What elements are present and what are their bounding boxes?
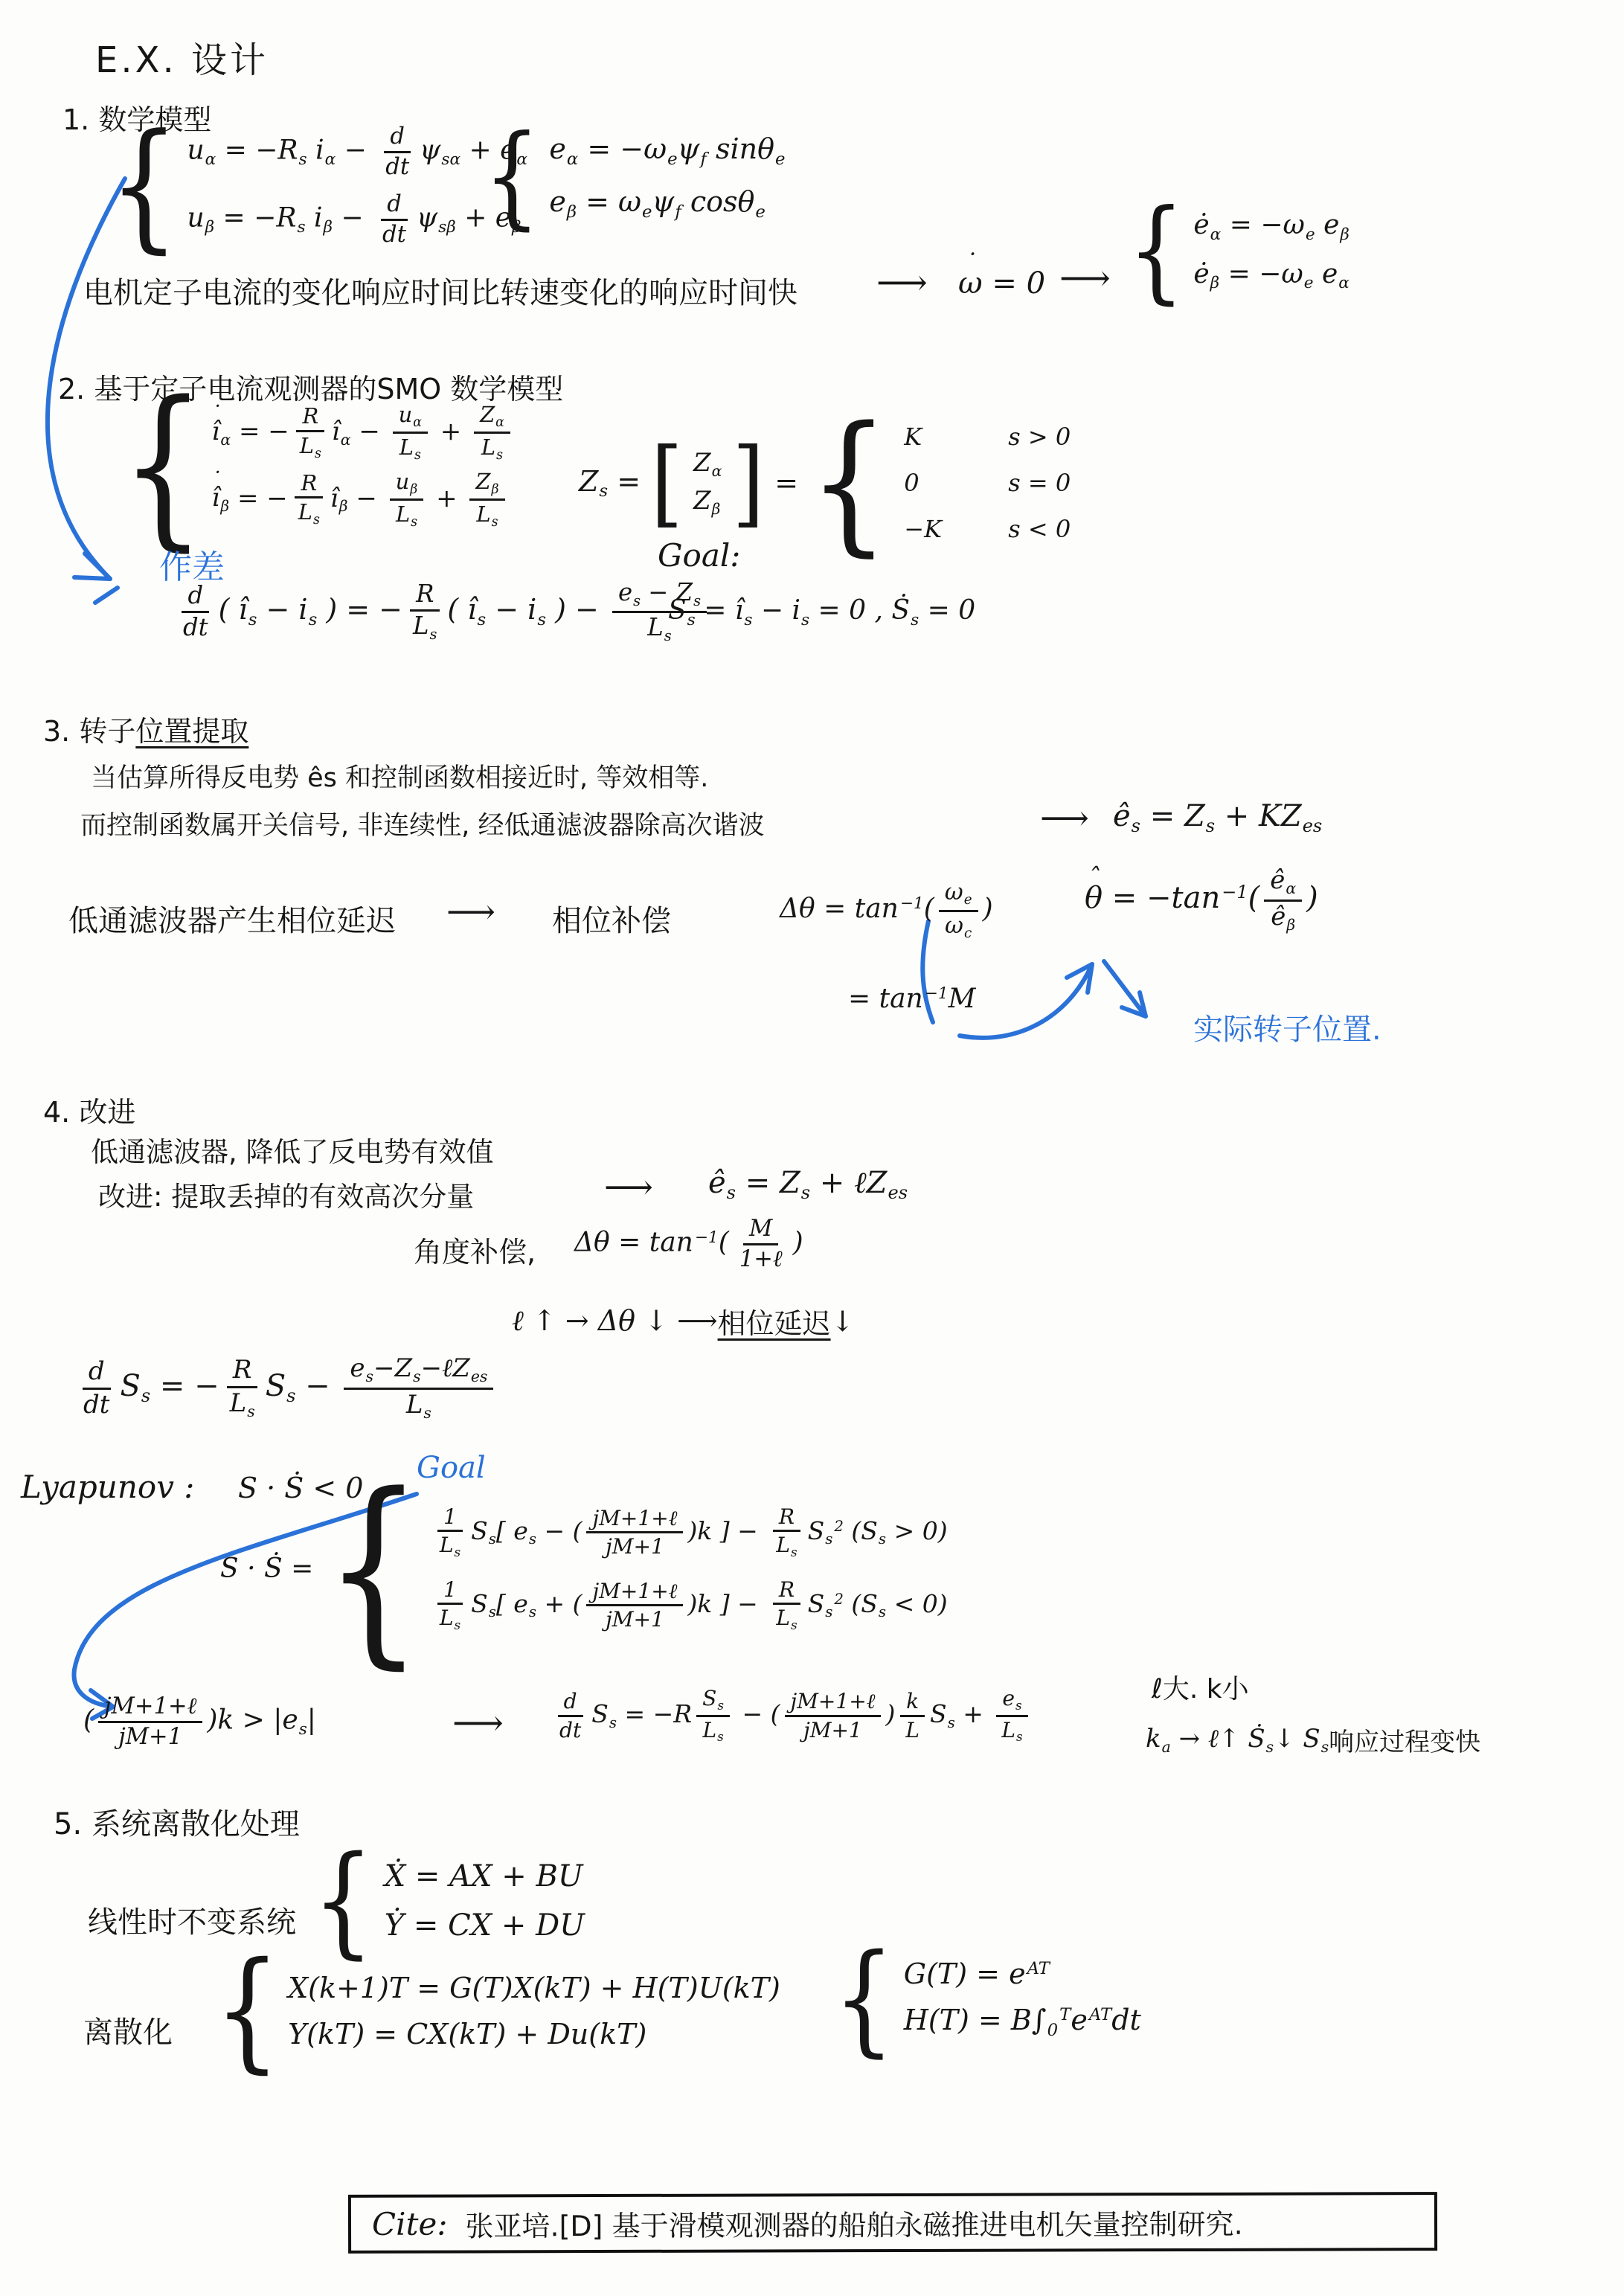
theta-hat-equation: ˆθ = −tan−1(êαêβ)	[1085, 868, 1318, 933]
right-bracket: ]	[732, 440, 764, 525]
citation-box: Cite: 张亚培.[D] 基于滑模观测器的船舶永磁推进电机矢量控制研究.	[348, 2192, 1437, 2254]
zs-lhs: Zs =	[579, 465, 641, 501]
trend-line: ℓ ↑ → Δθ ↓ ⟶ 相位延迟 ↓	[512, 1301, 854, 1341]
arrow-right: ⟶	[876, 262, 928, 304]
section-4-heading: 4. 改进	[43, 1089, 135, 1130]
section-3-heading: 3. 转子 位置提取	[43, 708, 248, 749]
equation-u-beta: uβ = −Rs iβ − ddtψsβ + eβ	[187, 193, 527, 247]
switch-function-equation: Zs = [ Zα Zβ ] = { K s > 0 0 s = 0 −K s …	[579, 414, 1071, 552]
equation-edot-alpha: ėα = −ωe eβ	[1193, 210, 1349, 244]
arrow-right: ⟶	[1040, 798, 1089, 838]
case-row: 0 s = 0	[904, 469, 1071, 497]
gain-note-2: ka → ℓ↑ Ṡs↓ Ss 响应过程变快	[1146, 1722, 1480, 1758]
angle-compensation-equation: Δθ = tan−1(M1+ℓ)	[574, 1217, 803, 1272]
arrowhead-rotor-note	[1122, 993, 1146, 1016]
voltage-equation-system: { uα = −Rs iα − ddtψsα + eα uβ = −Rs iβ …	[109, 125, 527, 247]
estimated-emf-equation: ês = Zs + KZes	[1113, 799, 1322, 836]
left-brace: {	[809, 414, 889, 551]
matrix-z-beta: Zβ	[693, 486, 722, 518]
case-condition: s > 0	[1008, 423, 1071, 451]
heading-text: 3. 转子	[43, 708, 135, 749]
lti-equation-system: { Ẋ = AX + BU Ẏ = CX + DU	[312, 1857, 585, 1944]
section-5-heading: 5. 系统离散化处理	[54, 1800, 300, 1843]
discrete-state-equation: X(k+1)T = G(T)X(kT) + H(T)U(kT)	[288, 1972, 780, 2004]
sliding-surface-goal-equation: Ss = îs − is = 0 , Ṡs = 0	[668, 595, 975, 629]
section-4-line1: 低通滤波器, 降低了反电势有效值	[91, 1129, 494, 1170]
phase-compensation-text: 相位补偿	[552, 897, 671, 940]
gain-inequality: (jM+1+ℓjM+1)k > |es|	[83, 1695, 316, 1749]
gain-note-equation: ka → ℓ↑ Ṡs↓ Ss	[1146, 1724, 1329, 1756]
heading-text-underlined: 位置提取	[135, 708, 248, 749]
equation-smo-beta: ˙îβ = −RLsîβ − uβLs + ZβLs	[212, 470, 515, 530]
gain-note-text: 响应过程变快	[1329, 1722, 1480, 1758]
lyapunov-label: Lyapunov :	[21, 1469, 194, 1505]
left-brace: {	[214, 1952, 280, 2070]
result-dynamics-equation: ddtSs = −RSsLs − (jM+1+ℓjM+1)kLSs + esLs	[549, 1687, 1033, 1744]
curve-arrow-to-theta	[960, 964, 1092, 1038]
left-brace: {	[833, 1944, 895, 2053]
goal-annotation: Goal	[417, 1451, 486, 1485]
cite-label: Cite:	[372, 2206, 448, 2242]
equation-u-alpha: uα = −Rs iα − ddtψsα + eα	[187, 125, 527, 179]
discrete-output-equation: Y(kT) = CX(kT) + Du(kT)	[288, 2018, 780, 2050]
discretization-label: 离散化	[83, 2009, 173, 2051]
sliding-surface-dynamics-equation: ddtSs = −RLsSs − es−Zs−ℓZesLs	[73, 1356, 498, 1421]
stroke-to-rotor-note	[1104, 961, 1146, 1016]
equation-e-alpha: eα = −ωeψf sinθe	[549, 132, 785, 169]
assumption-sentence: 电机定子电流的变化响应时间比转速变化的响应时间快	[83, 269, 797, 312]
handwritten-notes-page: E.X. 设计 1. 数学模型 { uα = −Rs iα − ddtψsα +…	[0, 0, 1624, 2296]
gh-equation-system: { G(T) = eAT H(T) = B∫0TeATdt	[833, 1955, 1141, 2042]
case-condition: s < 0	[1008, 515, 1071, 543]
equation-edot-beta: ėβ = −ωe eα	[1193, 259, 1349, 293]
backemf-equation-system: { eα = −ωeψf sinθe eβ = ωeψf cosθe	[484, 132, 785, 222]
arrowhead-theta	[1067, 964, 1092, 993]
arrow-right: ⟶	[446, 891, 495, 931]
actual-rotor-position-note: 实际转子位置.	[1193, 1006, 1381, 1048]
lyapunov-cases-system: S · Ṡ = { 1LsSs[ es − (jM+1+ℓjM+1)k ] − …	[220, 1498, 948, 1639]
case-ss-positive: 1LsSs[ es − (jM+1+ℓjM+1)k ] − RLsSs2 (Ss…	[429, 1506, 948, 1559]
cite-text: 张亚培.[D] 基于滑模观测器的船舶永磁推进电机矢量控制研究.	[465, 2202, 1242, 2245]
left-brace: {	[484, 126, 540, 227]
down-arrow: ↓	[831, 1305, 855, 1338]
lpf-delay-text: 低通滤波器产生相位延迟	[68, 897, 396, 940]
section-4-line2: 改进: 提取丢掉的有效高次分量	[98, 1174, 474, 1214]
smo-equation-system: { ˙îα = −RLsîα − uαLs + ZαLs ˙îβ = −RLsî…	[121, 403, 515, 529]
error-dynamics-equation: ddt( îs − is ) = −RLs( îs − is ) − es − …	[173, 580, 711, 644]
left-brace: {	[324, 1478, 423, 1661]
matrix-z-alpha: Zα	[693, 448, 722, 480]
equation-e-beta: eβ = ωeψf cosθe	[549, 185, 785, 222]
left-bracket: [	[651, 440, 683, 525]
case-row: K s > 0	[904, 423, 1071, 451]
angle-compensation-label: 角度补偿,	[414, 1229, 536, 1270]
improved-emf-equation: ês = Zs + ℓZes	[708, 1165, 908, 1203]
output-equation: Ẏ = CX + DU	[385, 1908, 585, 1943]
arrow-right: ⟶	[452, 1702, 504, 1744]
h-matrix-equation: H(T) = B∫0TeATdt	[904, 2004, 1141, 2040]
arrowhead-diff	[74, 554, 118, 603]
equation-omega-dot-zero: ˙ω = 0	[958, 266, 1045, 301]
arrow-right: ⟶	[1059, 257, 1111, 299]
delta-theta-equation: Δθ = tan−1(ωeωc)	[780, 881, 993, 940]
equation-smo-alpha: ˙îα = −RLsîα − uαLs + ZαLs	[212, 403, 515, 463]
phase-delay-text: 相位延迟	[718, 1301, 831, 1341]
equals-sign: =	[774, 466, 798, 499]
left-brace: {	[312, 1846, 374, 1955]
left-brace: {	[121, 388, 206, 545]
discrete-equation-system: { X(k+1)T = G(T)X(kT) + H(T)U(kT) Y(kT) …	[214, 1964, 780, 2058]
left-brace: {	[1128, 201, 1184, 301]
page-title: E.X. 设计	[95, 31, 269, 83]
trend-equation: ℓ ↑ → Δθ ↓ ⟶	[512, 1304, 718, 1338]
case-condition: s = 0	[1008, 469, 1071, 497]
tan-inverse-m-equation: = tan−1M	[848, 984, 975, 1014]
case-value: −K	[904, 515, 956, 543]
section-3-line1: 当估算所得反电势 ês 和控制函数相接近时, 等效相等.	[91, 757, 708, 795]
case-ss-negative: 1LsSs[ es + (jM+1+ℓjM+1)k ] − RLsSs2 (Ss…	[429, 1579, 948, 1632]
gain-note-1: ℓ大. k小	[1152, 1668, 1249, 1706]
emf-derivative-system: { ėα = −ωe eβ ėβ = −ωe eα	[1128, 210, 1349, 292]
sds-lhs: S · Ṡ =	[220, 1553, 313, 1584]
case-row: −K s < 0	[904, 515, 1071, 543]
case-value: 0	[904, 469, 956, 497]
arrow-right: ⟶	[604, 1167, 653, 1207]
section-3-line2: 而控制函数属开关信号, 非连续性, 经低通滤波器除高次谐波	[80, 805, 765, 842]
g-matrix-equation: G(T) = eAT	[904, 1957, 1141, 1990]
goal-label: Goal:	[658, 537, 740, 574]
state-equation: Ẋ = AX + BU	[385, 1859, 585, 1893]
left-brace: {	[109, 124, 179, 249]
case-value: K	[904, 423, 956, 451]
